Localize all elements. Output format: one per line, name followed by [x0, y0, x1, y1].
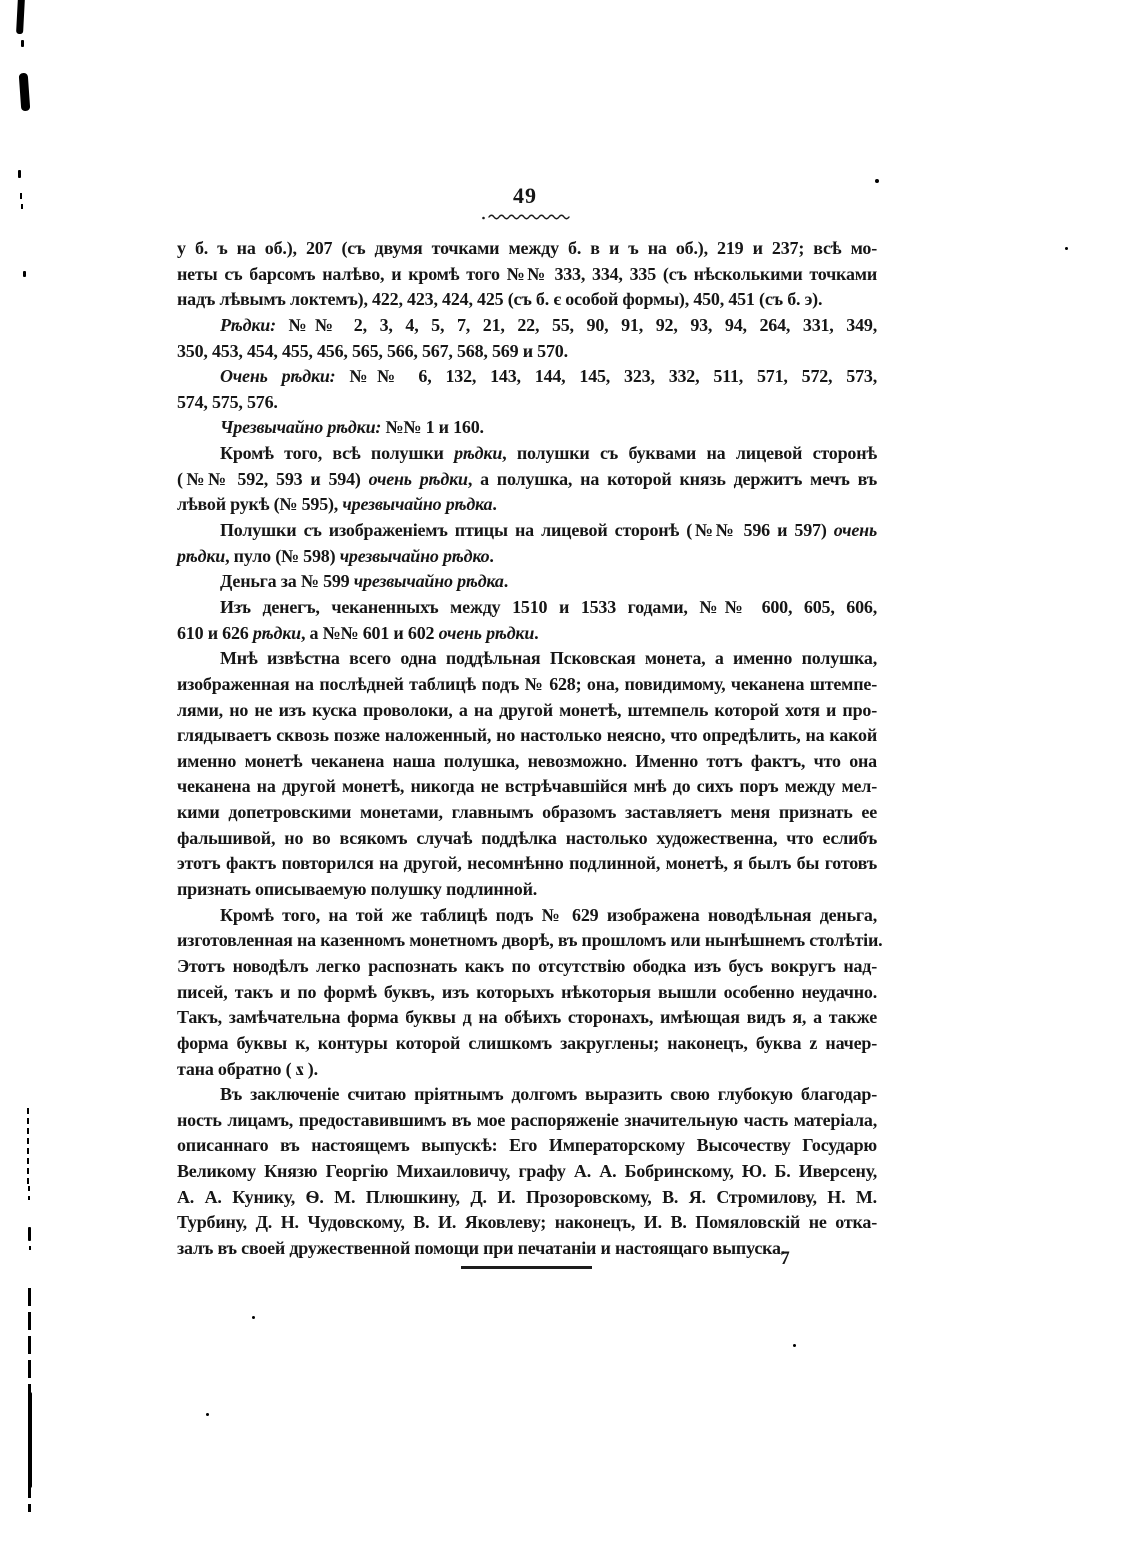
- text-line: глядываетъ сквозь позже наложенный, но н…: [177, 723, 877, 749]
- text-line: Изъ денегъ, чеканенныхъ между 1510 и 153…: [177, 595, 877, 621]
- scanned-book-page: 49 у б. ъ на об.), 207 (съ двумя точками…: [0, 0, 1140, 1548]
- text-line: Кромѣ того, всѣ полушки рѣдки, полушки с…: [177, 441, 877, 467]
- text-segment: №№ 2, 3, 4, 5, 7, 21, 22, 55, 90, 91, 92…: [276, 315, 877, 335]
- text-segment: писей, такъ и по формѣ буквъ, изъ которы…: [177, 982, 877, 1002]
- text-segment: фальшивой, но во всякомъ случаѣ поддѣлка…: [177, 828, 877, 848]
- text-line: Турбину, Д. Н. Чудовскому, В. И. Яковлев…: [177, 1210, 877, 1236]
- text-line: Кромѣ того, на той же таблицѣ подъ № 629…: [177, 903, 877, 929]
- text-line: описаннаго въ настоящемъ выпускѣ: Его Им…: [177, 1133, 877, 1159]
- italic-text-segment: рѣдки: [454, 443, 502, 463]
- text-line: ность лицамъ, предоставившимъ въ мое рас…: [177, 1108, 877, 1134]
- text-segment: Въ заключеніе считаю пріятнымъ долгомъ в…: [220, 1084, 877, 1104]
- text-line: у б. ъ на об.), 207 (съ двумя точками ме…: [177, 236, 877, 262]
- text-line: рѣдки, пуло (№ 598) чрезвычайно рѣдко.: [177, 544, 877, 570]
- text-segment: изготовленная на казенномъ монетномъ дво…: [177, 930, 882, 950]
- text-segment: тана обратно (: [177, 1059, 296, 1079]
- text-segment: , а №№ 601 и 602: [301, 623, 439, 643]
- italic-text-segment: чрезвычайно рѣдко: [340, 546, 490, 566]
- text-line: неты съ барсомъ налѣво, и кромѣ того №№ …: [177, 262, 877, 288]
- ink-mark: [28, 1196, 30, 1200]
- text-segment: (№№ 592, 593 и 594): [177, 469, 369, 489]
- text-segment: , а полушка, на которой князь держитъ ме…: [468, 469, 877, 489]
- text-line: писей, такъ и по формѣ буквъ, изъ которы…: [177, 980, 877, 1006]
- italic-text-segment: рѣдки: [177, 546, 225, 566]
- text-segment: неты съ барсомъ налѣво, и кромѣ того №№ …: [177, 264, 877, 284]
- text-line: 350, 453, 454, 455, 456, 565, 566, 567, …: [177, 339, 877, 365]
- ink-mark: [18, 170, 21, 178]
- text-segment: , пуло (№ 598): [225, 546, 340, 566]
- text-line: этотъ фактъ повторился на другой, несомн…: [177, 851, 877, 877]
- squiggle-rule-icon: [481, 210, 573, 222]
- ink-mark: [20, 193, 22, 199]
- text-segment: признать описываемую полушку подлинной.: [177, 879, 537, 899]
- text-segment: .: [492, 494, 496, 514]
- text-segment: глядываетъ сквозь позже наложенный, но н…: [177, 725, 877, 745]
- text-line: Такъ, замѣчательна форма буквы д на обѣи…: [177, 1005, 877, 1031]
- text-segment: описаннаго въ настоящемъ выпускѣ: Его Им…: [177, 1135, 877, 1155]
- text-segment: Такъ, замѣчательна форма буквы д на обѣи…: [177, 1007, 877, 1027]
- text-line: признать описываемую полушку подлинной.: [177, 877, 877, 903]
- text-segment: Полушки съ изображеніемъ птицы на лицево…: [220, 520, 834, 540]
- text-block: у б. ъ на об.), 207 (съ двумя точками ме…: [177, 236, 877, 1262]
- italic-text-segment: очень рѣдки: [369, 469, 468, 489]
- text-segment: Мнѣ извѣстна всего одна поддѣльная Псков…: [220, 648, 877, 668]
- text-segment: Кромѣ того, на той же таблицѣ подъ № 629…: [220, 905, 877, 925]
- text-line: лѣвой рукѣ (№ 595), чрезвычайно рѣдка.: [177, 492, 877, 518]
- text-line: изображенная на послѣдней таблицѣ подъ №…: [177, 672, 877, 698]
- text-line: Деньга за № 599 чрезвычайно рѣдка.: [177, 569, 877, 595]
- text-line: форма буквы к, контуры которой слишкомъ …: [177, 1031, 877, 1057]
- text-line: Чрезвычайно рѣдки: №№ 1 и 160.: [177, 415, 877, 441]
- italic-text-segment: Очень рѣдки:: [220, 366, 335, 386]
- ink-mark: [29, 1246, 31, 1250]
- text-segment: Деньга за № 599: [220, 571, 354, 591]
- ink-mark: [27, 1108, 29, 1184]
- text-segment: лями, но не изъ куска проволоки, а на др…: [177, 700, 877, 720]
- text-segment: Этотъ новодѣлъ легко распознать какъ по …: [177, 956, 877, 976]
- text-segment: ).: [303, 1059, 317, 1079]
- ink-speck: [252, 1316, 255, 1319]
- text-segment: 350, 453, 454, 455, 456, 565, 566, 567, …: [177, 341, 568, 361]
- text-segment: №№ 6, 132, 143, 144, 145, 323, 332, 511,…: [335, 366, 877, 386]
- text-line: тана обратно ( z ).: [177, 1057, 877, 1083]
- text-segment: Кромѣ того, всѣ полушки: [220, 443, 454, 463]
- italic-text-segment: рѣдки: [253, 623, 301, 643]
- text-segment: Турбину, Д. Н. Чудовскому, В. И. Яковлев…: [177, 1212, 877, 1232]
- text-line: Полушки съ изображеніемъ птицы на лицево…: [177, 518, 877, 544]
- ink-speck: [793, 1344, 796, 1347]
- ink-speck: [1065, 247, 1068, 250]
- text-segment: Великому Князю Георгію Михаиловичу, граф…: [177, 1161, 877, 1181]
- text-segment: .: [504, 571, 508, 591]
- italic-text-segment: очень рѣдки: [439, 623, 535, 643]
- text-line: 574, 575, 576.: [177, 390, 877, 416]
- text-segment: чеканена на другой монетѣ, никогда не вс…: [177, 776, 877, 796]
- text-line: Этотъ новодѣлъ легко распознать какъ по …: [177, 954, 877, 980]
- ink-mark: [28, 1186, 30, 1191]
- ink-mark: [21, 204, 23, 209]
- text-segment: этотъ фактъ повторился на другой, несомн…: [177, 853, 877, 873]
- text-segment: изображенная на послѣдней таблицѣ подъ №…: [177, 674, 877, 694]
- text-segment: , полушки съ буквами на лицевой сторонѣ: [502, 443, 877, 463]
- text-line: фальшивой, но во всякомъ случаѣ поддѣлка…: [177, 826, 877, 852]
- text-segment: у б. ъ на об.), 207 (съ двумя точками ме…: [177, 238, 877, 258]
- ink-mark: [21, 40, 24, 47]
- text-line: Великому Князю Георгію Михаиловичу, граф…: [177, 1159, 877, 1185]
- italic-text-segment: чрезвычайно рѣдка: [354, 571, 504, 591]
- text-line: чеканена на другой монетѣ, никогда не вс…: [177, 774, 877, 800]
- text-segment: .: [534, 623, 538, 643]
- text-line: Рѣдки: №№ 2, 3, 4, 5, 7, 21, 22, 55, 90,…: [177, 313, 877, 339]
- text-segment: лѣвой рукѣ (№ 595),: [177, 494, 342, 514]
- text-line: Мнѣ извѣстна всего одна поддѣльная Псков…: [177, 646, 877, 672]
- italic-text-segment: Чрезвычайно рѣдки:: [220, 417, 381, 437]
- ink-mark: [28, 1227, 31, 1241]
- signature-mark: 7: [770, 1248, 800, 1270]
- text-segment: .: [489, 546, 493, 566]
- text-segment: именно монетѣ чеканена наша полушка, нев…: [177, 751, 877, 771]
- text-line: А. А. Кунику, Ѳ. М. Плюшкину, Д. И. Проз…: [177, 1185, 877, 1211]
- text-line: надъ лѣвымъ локтемъ), 422, 423, 424, 425…: [177, 287, 877, 313]
- text-line: лями, но не изъ куска проволоки, а на др…: [177, 698, 877, 724]
- ink-mark: [28, 1392, 32, 1488]
- text-line: Очень рѣдки: №№ 6, 132, 143, 144, 145, 3…: [177, 364, 877, 390]
- ink-mark: [19, 73, 31, 112]
- text-line: Въ заключеніе считаю пріятнымъ долгомъ в…: [177, 1082, 877, 1108]
- text-segment: ность лицамъ, предоставившимъ въ мое рас…: [177, 1110, 877, 1130]
- text-segment: №№ 1 и 160.: [381, 417, 484, 437]
- text-segment: Изъ денегъ, чеканенныхъ между 1510 и 153…: [220, 597, 877, 617]
- ink-mark: [23, 271, 26, 277]
- section-divider-rule: [461, 1266, 592, 1269]
- text-segment: надъ лѣвымъ локтемъ), 422, 423, 424, 425…: [177, 289, 822, 309]
- text-segment: залъ въ своей дружественной помощи при п…: [177, 1238, 785, 1258]
- ink-speck: [206, 1413, 209, 1416]
- text-line: именно монетѣ чеканена наша полушка, нев…: [177, 749, 877, 775]
- page-number: 49: [470, 183, 580, 209]
- italic-text-segment: очень: [834, 520, 877, 540]
- text-segment: А. А. Кунику, Ѳ. М. Плюшкину, Д. И. Проз…: [177, 1187, 877, 1207]
- text-line: кими допетровскими монетами, главнымъ об…: [177, 800, 877, 826]
- ink-mark: [16, 0, 25, 34]
- text-segment: 610 и 626: [177, 623, 253, 643]
- ink-speck: [875, 179, 879, 183]
- text-line: (№№ 592, 593 и 594) очень рѣдки, а полуш…: [177, 467, 877, 493]
- text-segment: кими допетровскими монетами, главнымъ об…: [177, 802, 877, 822]
- text-segment: форма буквы к, контуры которой слишкомъ …: [177, 1033, 877, 1053]
- italic-text-segment: чрезвычайно рѣдка: [342, 494, 492, 514]
- italic-text-segment: Рѣдки:: [220, 315, 276, 335]
- text-segment: 574, 575, 576.: [177, 392, 278, 412]
- text-line: изготовленная на казенномъ монетномъ дво…: [177, 928, 877, 954]
- text-line: 610 и 626 рѣдки, а №№ 601 и 602 очень рѣ…: [177, 621, 877, 647]
- mirrored-z-glyph: z: [296, 1057, 304, 1083]
